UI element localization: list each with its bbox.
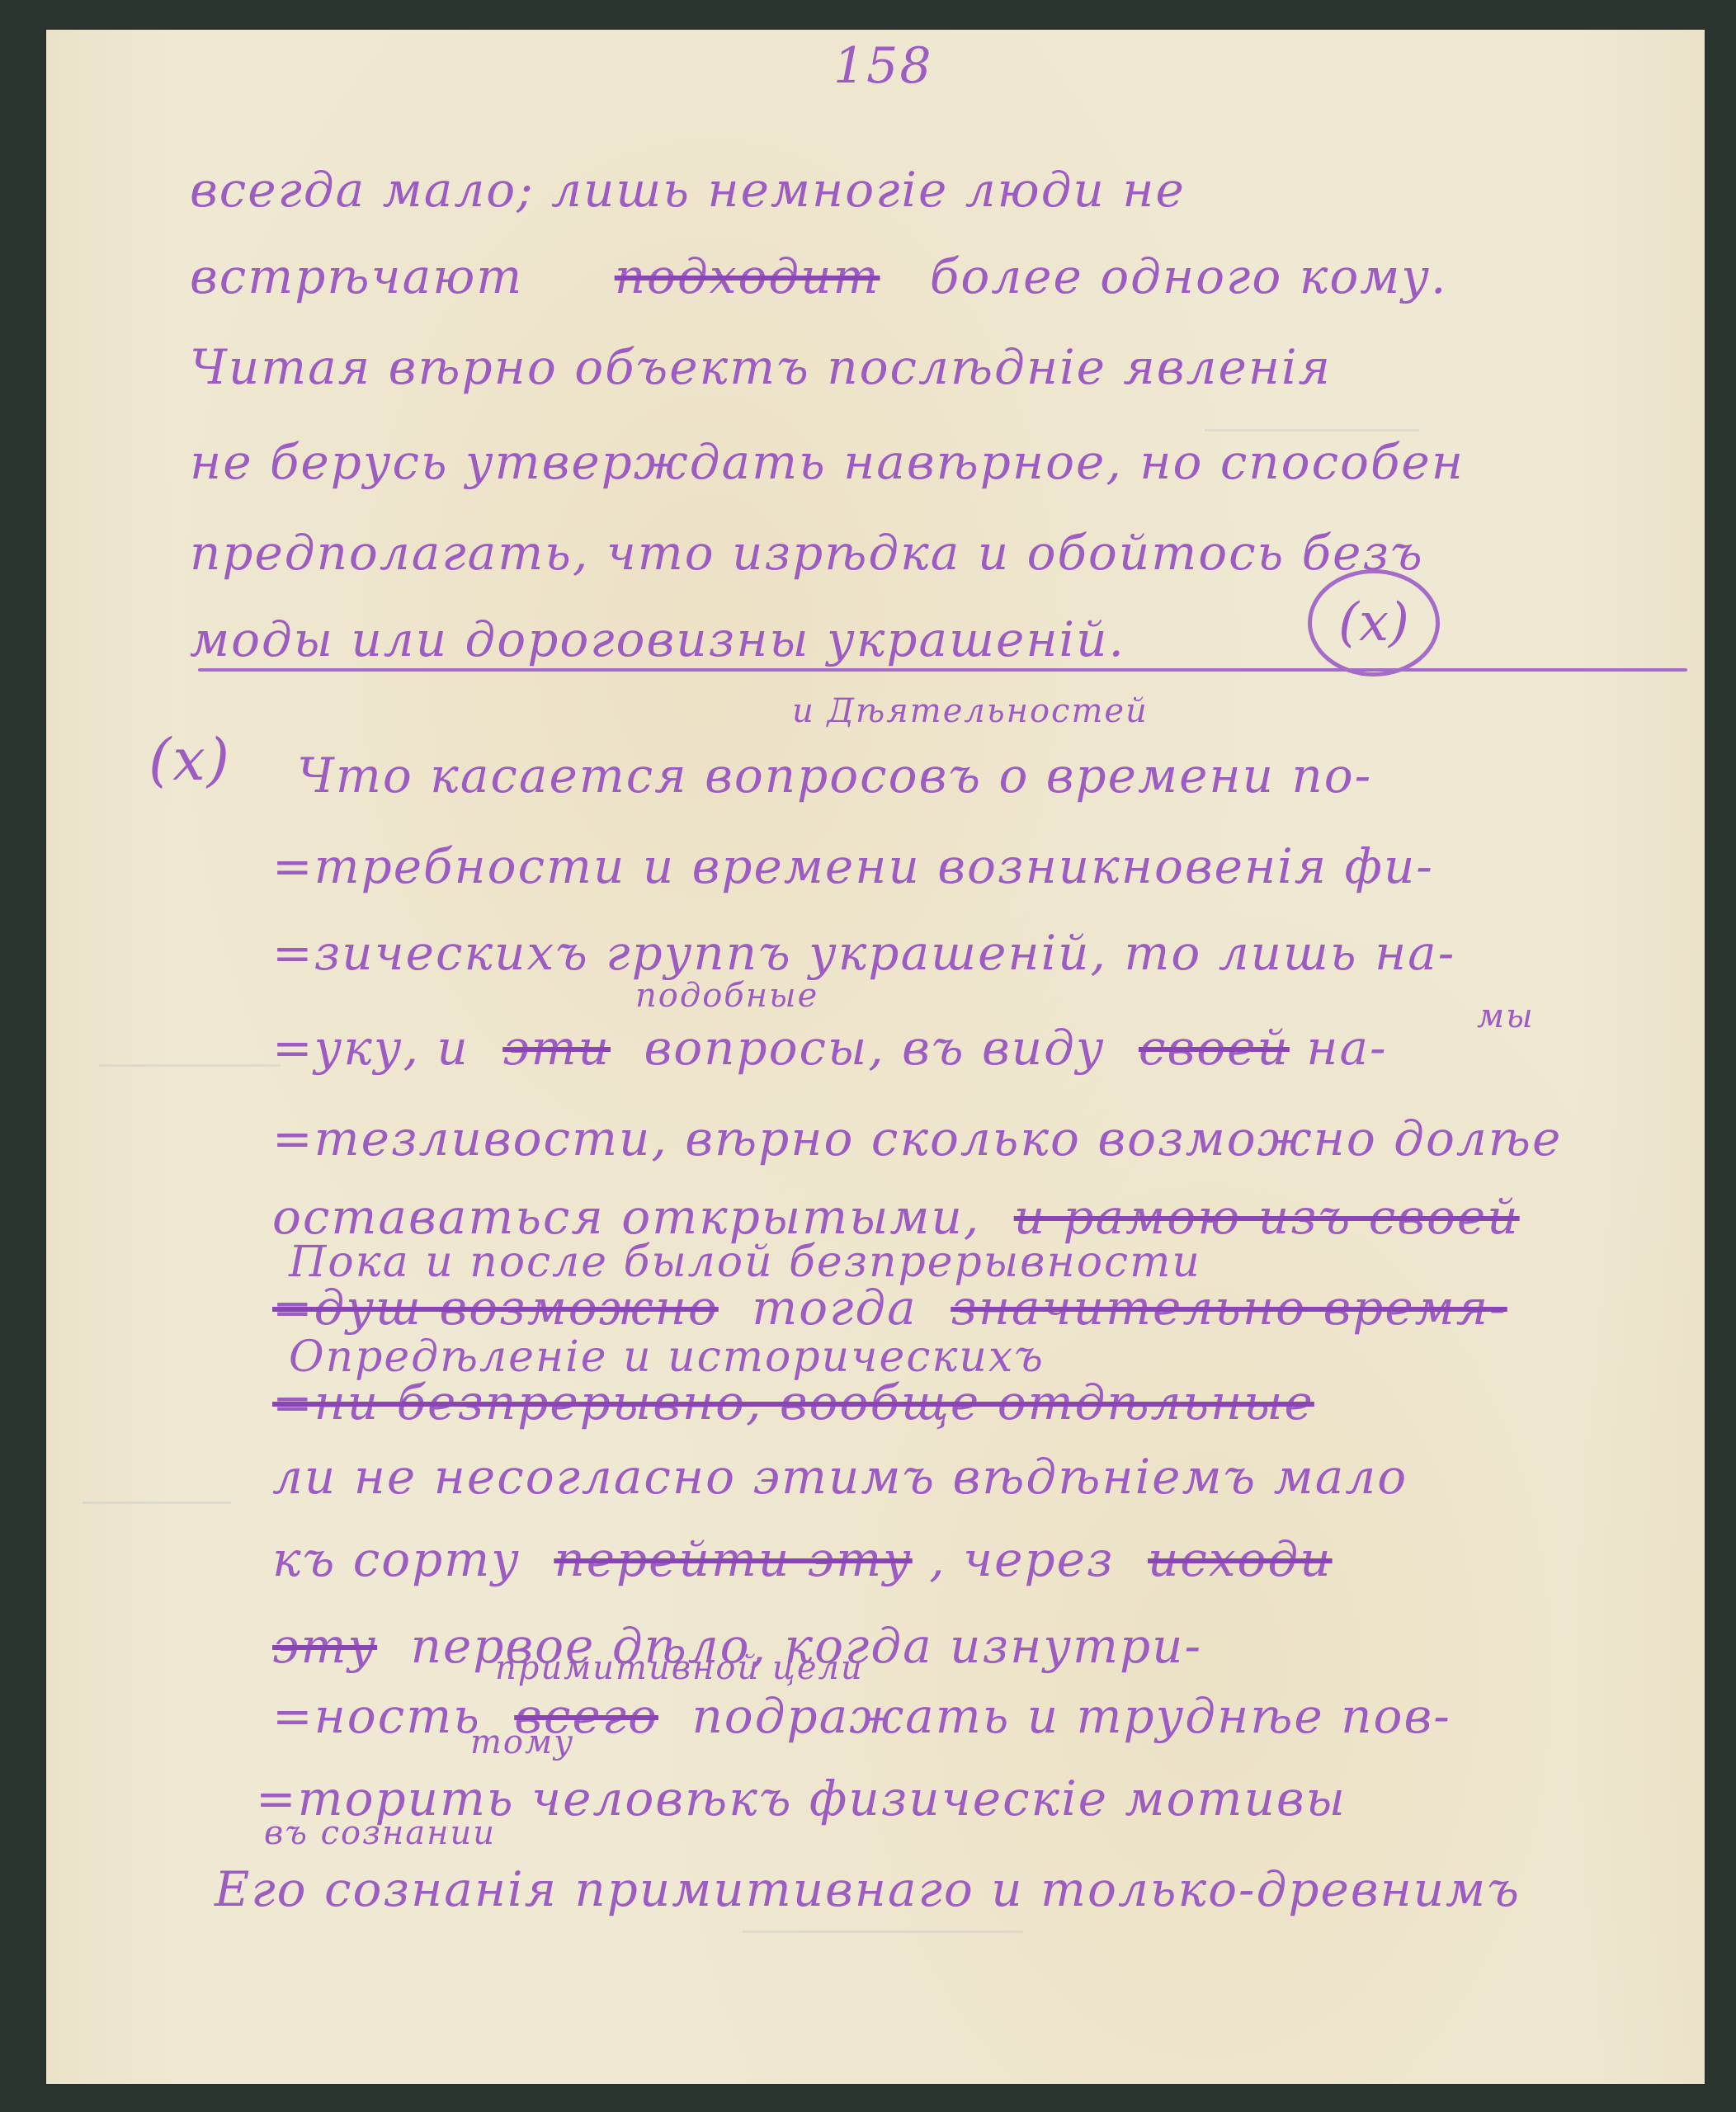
main-text-line-5: предполагать, что изрѣдка и обойтось без… [190, 524, 1424, 582]
interlinear-note: тому [470, 1724, 574, 1761]
footnote-line-14: =ность всего подражать и труднѣе пов- [272, 1687, 1451, 1745]
bleed-through-mark [743, 1930, 1023, 1933]
main-text-line-4: не берусь утверждать навѣрное, но способ… [190, 433, 1465, 491]
struck-phrase: =душ возможно [272, 1280, 719, 1336]
struck-phrase: =ни безпрерывно, вообще отдѣльные [272, 1374, 1314, 1431]
page-number: 158 [833, 37, 933, 95]
text-segment: на- [1306, 1020, 1387, 1076]
text-segment: =ность [272, 1688, 481, 1744]
footnote-line-5: =тезливости, вѣрно сколько возможно долѣ… [272, 1110, 1562, 1167]
bleed-through-mark [83, 1501, 231, 1504]
footnote-line-16: Его сознанія примитивнаго и только-древн… [215, 1860, 1521, 1918]
main-text-line-6: моды или дороговизны украшеній. [190, 610, 1125, 668]
footnote-line-4: =уку, и эти вопросы, въ виду своей на- [272, 1019, 1388, 1077]
bleed-through-mark [99, 1064, 281, 1067]
text-segment: тогда [752, 1280, 918, 1336]
text-segment: встрѣчают [190, 248, 523, 304]
main-text-line-2: встрѣчают подходит более одного кому. [190, 247, 1447, 305]
footnote-line-2: =требности и времени возникновенія фи- [272, 837, 1434, 895]
footnote-line-12: къ сорту перейти эту , через исходи [272, 1530, 1333, 1588]
bleed-through-mark [1205, 429, 1419, 431]
main-text-line-3: Читая вѣрно объектъ послѣдніе явленія [190, 338, 1332, 396]
interlinear-note: примитивной цели [495, 1650, 864, 1686]
section-divider-rule [198, 668, 1687, 672]
struck-word: эти [502, 1020, 611, 1076]
footnote-line-1: Что касается вопросовъ о времени по- [297, 747, 1372, 804]
text-segment: подражать и труднѣе пов- [691, 1688, 1451, 1744]
struck-word: подходит [615, 248, 880, 304]
interlinear-note: въ сознании [264, 1815, 496, 1851]
struck-phrase: перейти эту [554, 1531, 912, 1587]
insert-mark-label: (x) [1338, 592, 1409, 653]
footnote-line-3: =зическихъ группъ украшеній, то лишь на- [272, 924, 1455, 982]
main-text-line-1: всегда мало; лишь немногіе люди не [190, 161, 1186, 219]
text-segment: , через [929, 1531, 1114, 1587]
footnote-line-11: ли не несогласно этимъ вѣдѣніемъ мало [272, 1448, 1408, 1506]
interlinear-note: мы [1477, 998, 1535, 1035]
interlinear-note: и Дѣятельностей [792, 693, 1149, 729]
interlinear-note: подобные [635, 978, 818, 1014]
struck-phrase: значительно время- [951, 1280, 1507, 1336]
text-segment: =уку, и [272, 1020, 469, 1076]
text-segment: вопросы, въ виду [644, 1020, 1105, 1076]
text-segment: более одного кому. [930, 248, 1448, 304]
text-segment: къ сорту [272, 1531, 521, 1587]
footnote-line-10: =ни безпрерывно, вообще отдѣльные [272, 1374, 1314, 1431]
insert-mark-circled-x: (x) [1308, 569, 1440, 676]
footnote-marker: (x) [149, 726, 231, 794]
struck-word: эту [272, 1618, 377, 1674]
struck-word: своей [1139, 1020, 1290, 1076]
struck-word: исходи [1148, 1531, 1333, 1587]
